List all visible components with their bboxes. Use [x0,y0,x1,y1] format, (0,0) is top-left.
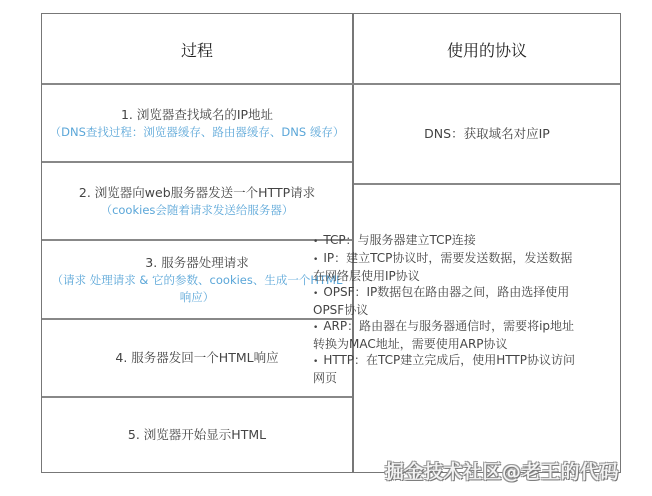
protocol-divider [354,183,620,185]
step-2-note: （cookies会随着请求发送给服务器） [101,202,294,219]
step-1: 1. 浏览器查找域名的IP地址 （DNS查找过程：浏览器缓存、路由器缓存、DNS… [42,85,352,162]
step-2-label: 2. 浏览器向web服务器发送一个HTTP请求 [79,184,315,202]
watermark: 掘金技术社区@老王的代码 [385,457,619,484]
step-3-label: 3. 服务器处理请求 [145,254,248,272]
step-1-label: 1. 浏览器查找域名的IP地址 [121,106,273,124]
dns-protocol-cell: DNS：获取域名对应IP [354,85,620,183]
dns-protocol-text: DNS：获取域名对应IP [424,125,550,143]
protocol-item-text: IP：建立TCP协议时，需要发送数据，发送数据在网络层使用IP协议 [313,251,572,283]
header-protocol-label: 使用的协议 [447,38,527,61]
header-process-label: 过程 [181,38,213,61]
protocol-item-arp: •ARP：路由器在与服务器通信时，需要将ip地址转换为MAC地址，需要使用ARP… [313,318,575,352]
step-5-label: 5. 浏览器开始显示HTML [128,426,266,444]
protocol-list: •TCP：与服务器建立TCP连接 •IP：建立TCP协议时，需要发送数据，发送数… [313,232,575,386]
protocol-item-text: OPSF：IP数据包在路由器之间，路由选择使用OPSF协议 [313,285,569,317]
step-5: 5. 浏览器开始显示HTML [42,398,352,472]
protocol-item-text: TCP：与服务器建立TCP连接 [323,233,476,247]
protocol-item-text: ARP：路由器在与服务器通信时，需要将ip地址转换为MAC地址，需要使用ARP协… [313,319,574,351]
step-4: 4. 服务器发回一个HTML响应 [42,320,352,396]
protocol-item-ip: •IP：建立TCP协议时，需要发送数据，发送数据在网络层使用IP协议 [313,250,575,284]
bullet-icon: • [313,357,318,367]
protocol-item-tcp: •TCP：与服务器建立TCP连接 [313,232,575,250]
header-process: 过程 [42,14,352,84]
bullet-icon: • [313,237,318,247]
step-1-note: （DNS查找过程：浏览器缓存、路由器缓存、DNS 缓存） [50,124,345,141]
protocol-item-text: HTTP：在TCP建立完成后，使用HTTP协议访问网页 [313,353,575,385]
step-4-label: 4. 服务器发回一个HTML响应 [115,349,278,367]
bullet-icon: • [313,255,318,265]
protocol-item-opsf: •OPSF：IP数据包在路由器之间，路由选择使用OPSF协议 [313,284,575,318]
header-protocol: 使用的协议 [354,14,620,84]
step-2: 2. 浏览器向web服务器发送一个HTTP请求 （cookies会随着请求发送给… [42,163,352,240]
step-3: 3. 服务器处理请求 （请求 处理请求 & 它的参数、cookies、生成一个H… [42,241,352,319]
protocol-item-http: •HTTP：在TCP建立完成后，使用HTTP协议访问网页 [313,352,575,386]
bullet-icon: • [313,289,318,299]
bullet-icon: • [313,323,318,333]
step-3-note: （请求 处理请求 & 它的参数、cookies、生成一个HTML响应） [46,272,348,306]
